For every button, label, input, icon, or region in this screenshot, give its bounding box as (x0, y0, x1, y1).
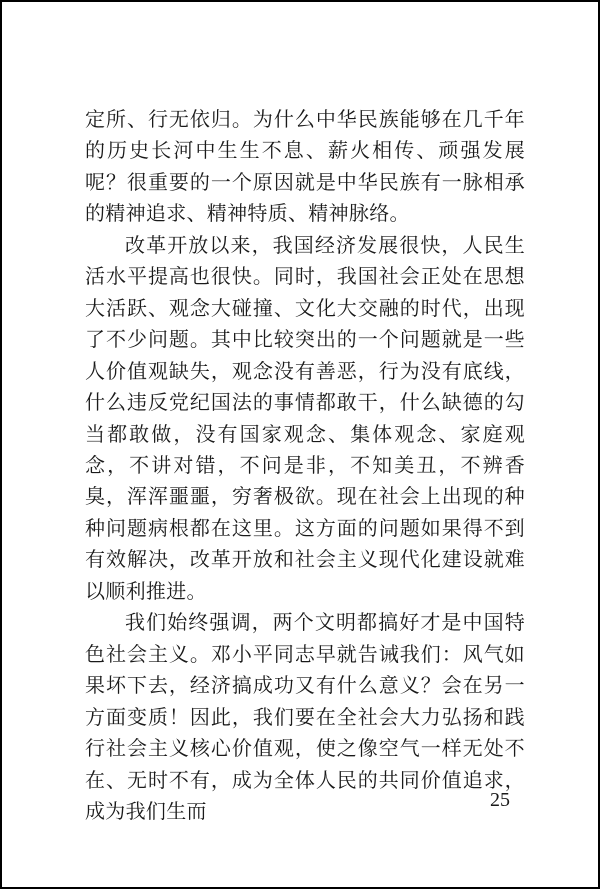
paragraph-continuation: 定所、行无依归。为什么中华民族能够在几千年的历史长河中生生不息、薪火相传、顽强发… (85, 105, 525, 231)
paragraph: 改革开放以来，我国经济发展很快，人民生活水平提高也很快。同时，我国社会正处在思想… (85, 231, 525, 608)
book-page: 定所、行无依归。为什么中华民族能够在几千年的历史长河中生生不息、薪火相传、顽强发… (0, 0, 600, 889)
paragraph: 我们始终强调，两个文明都搞好才是中国特色社会主义。邓小平同志早就告诫我们：风气如… (85, 608, 525, 828)
page-text-block: 定所、行无依归。为什么中华民族能够在几千年的历史长河中生生不息、薪火相传、顽强发… (85, 105, 525, 828)
page-number: 25 (490, 788, 510, 812)
